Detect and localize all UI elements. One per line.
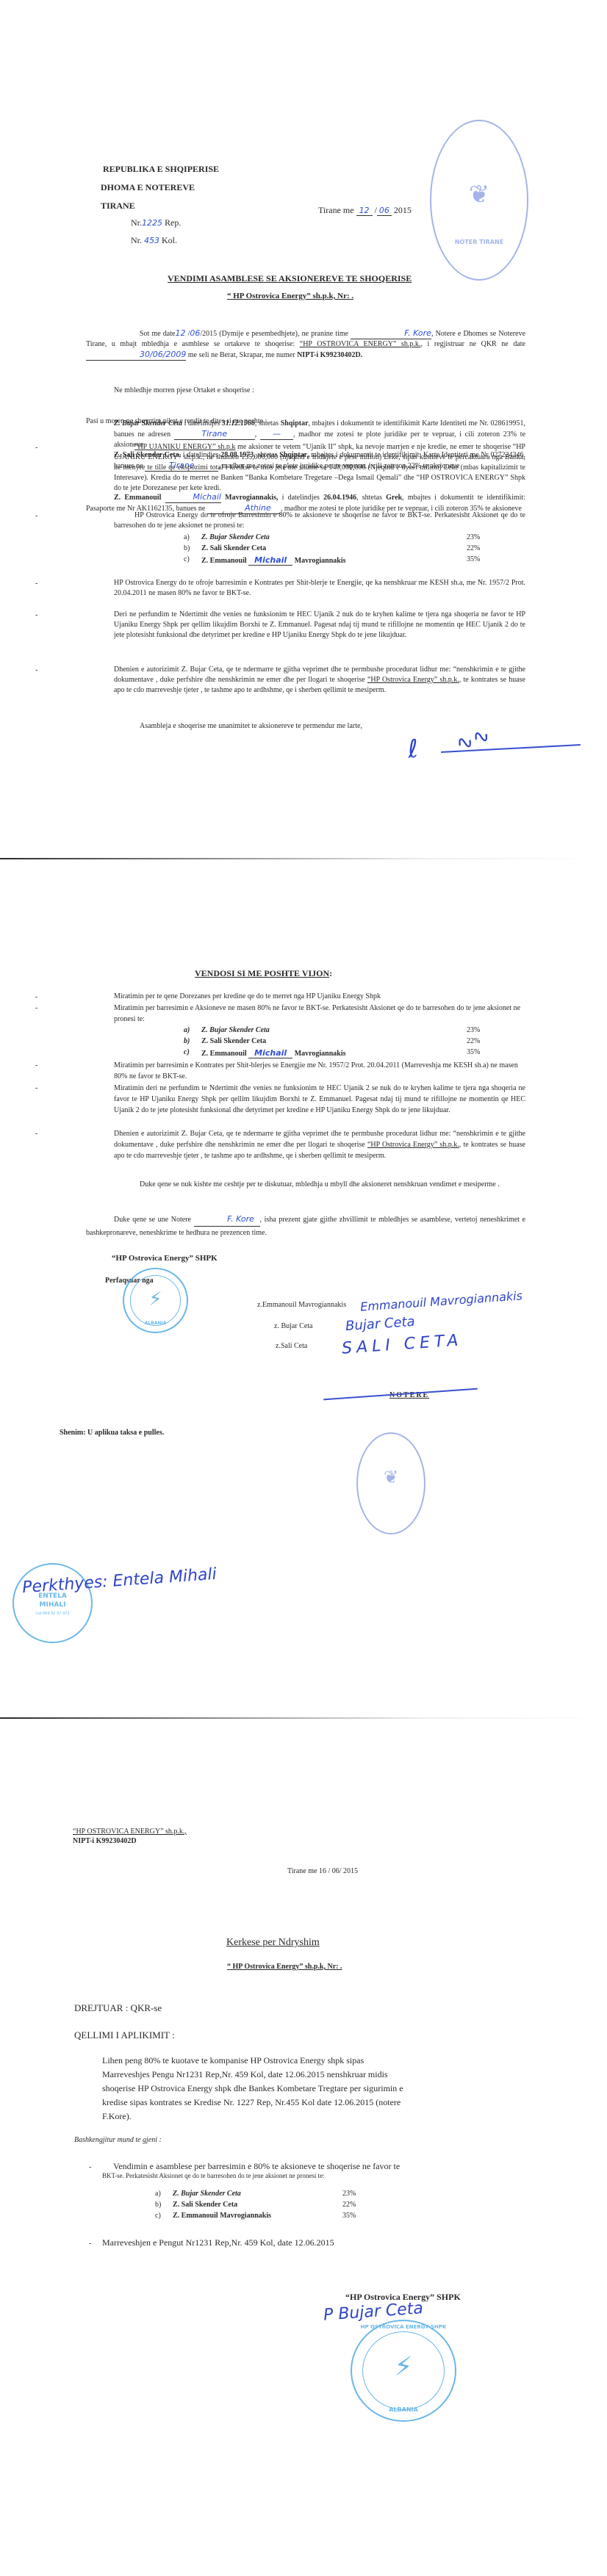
share-label: b) — [155, 2201, 161, 2209]
intro-text: me seli ne Berat, Skrapar, me numer — [188, 351, 295, 359]
participant-text: i datelindjes — [278, 494, 323, 502]
kol-value: 453 — [144, 236, 159, 245]
agenda-item-1: “HP UJANIKU ENERGY” sh.p.k me aksioner t… — [114, 442, 525, 494]
decision-4: Miratimin deri ne perfundim te Ndertimit… — [114, 1083, 525, 1116]
participant-text: , shtetas — [356, 494, 386, 502]
company-name: “HP OSTROVICA ENERGY” sh.p.k. — [300, 340, 421, 348]
addressed-to: DREJTUAR : QKR-se — [74, 2002, 162, 2014]
intro-day: 12 — [175, 328, 185, 338]
share-percent: 22% — [467, 1037, 480, 1045]
signature-emmanouil: Emmanouil Mavrogiannakis — [360, 1288, 523, 1313]
participants-intro: Ne mbledhje morren pjese Ortaket e shoqe… — [114, 386, 254, 394]
purpose-label: QELLIMI I APLIKIMIT : — [74, 2030, 175, 2041]
company-name: “HP Ostrovica Energy” sh.p.k. — [367, 1141, 459, 1149]
share-percent: 35% — [342, 2212, 356, 2220]
company-signature-label: “HP Ostrovica Energy” SHPK — [112, 1254, 218, 1263]
participant-dob: 26.04.1946 — [323, 494, 356, 502]
request-title: Kerkese per Ndryshim — [226, 1937, 320, 1949]
bullet: - — [35, 611, 37, 619]
header-republic: REPUBLIKA E SHQIPERISE — [103, 164, 219, 175]
share-row: c) Z. Emmanouil Mavrogiannakis 35% — [155, 2212, 464, 2221]
share-row: a) Z. Bujar Skender Ceta 23% — [155, 2190, 464, 2199]
participant-name: Mavrogiannakis, — [225, 494, 278, 502]
rep-number: Nr.1225 Rep. — [131, 217, 181, 228]
notary-name: F. Kore — [194, 1213, 260, 1227]
stamp-text: HP OSTROVICA ENERGY SHPK — [352, 2324, 455, 2330]
decision-1: Miratimin per te qene Dorezanes per kred… — [114, 992, 525, 1002]
shareholder-name: Z. Bujar Skender Ceta — [173, 2190, 241, 2198]
signature-scribble: ℓ — [407, 735, 420, 765]
notary-stamp: ❦ — [356, 1432, 425, 1534]
date-prefix: Tirane me — [318, 205, 354, 215]
decision-3: Miratimin per barresimin e Kontrates per… — [114, 1060, 525, 1082]
closing-2: Duke qene se une Notere F. Kore, isha pr… — [86, 1213, 525, 1240]
attached-text: BKT-se. Perkatesisht Aksionet qe do te b… — [102, 2172, 425, 2179]
header-chamber: DHOMA E NOTEREVE — [101, 182, 195, 193]
attached-item-2: Marreveshjen e Pengut Nr1231 Rep,Nr. 459… — [102, 2237, 334, 2248]
company-name: “HP OSTROVICA ENERGY” sh.p.k., — [73, 1828, 187, 1836]
bullet: - — [89, 2240, 91, 2248]
decision-5: Dhenien e autorizimit Z. Bujar Ceta, qe … — [114, 1128, 525, 1161]
bullet: - — [35, 993, 37, 1001]
name-part: Mavrogiannakis — [295, 557, 346, 565]
attached-item-1: Vendimin e asamblese per barresimin e 80… — [102, 2161, 425, 2179]
decisions-title: VENDOSI SI ME POSHTE VIJON: — [195, 968, 332, 979]
signatory-label: z.Sali Ceta — [276, 1342, 307, 1350]
decision-2: Miratimin per barresimin e Aksioneve ne … — [114, 1003, 525, 1025]
signature-sali: SALI CETA — [341, 1331, 463, 1357]
share-row: b) Z. Sali Skender Ceta 22% — [184, 544, 507, 554]
share-percent: 23% — [467, 1026, 480, 1034]
stamp-text: Cel.069 32 97 972 — [14, 1612, 91, 1616]
bullet: - — [35, 1130, 37, 1138]
agenda-item-3: HP Ostrovica Energy do te ofroje barresi… — [114, 578, 525, 599]
share-row: a) Z. Bujar Skender Ceta 23% — [184, 1026, 507, 1036]
notary-stamp: ❦ NOTER TIRANE — [430, 120, 528, 281]
page-subtitle: “ HP Ostrovica Energy” sh.p.k, Nr: . — [227, 292, 353, 300]
share-row: a) Z. Bujar Skender Ceta 23% — [184, 533, 507, 543]
intro-text: , i regjistruar ne QKR ne date — [420, 340, 525, 348]
shareholder-name: Z. Emmanouil Michail Mavrogiannakis — [201, 555, 346, 566]
stamp-eagle-icon: ❦ — [431, 180, 527, 209]
share-label: b) — [184, 1037, 190, 1045]
shareholder-name: Z. Emmanouil Mavrogiannakis — [173, 2212, 271, 2220]
page-title: VENDIMI ASAMBLESE SE AKSIONEREVE TE SHOQ… — [168, 273, 412, 284]
agenda-intro: Pasi u moren ne shqyrtim pikat e rendit … — [86, 417, 267, 425]
bullet: - — [35, 444, 37, 452]
signatory-label: z.Emmanouil Mavrogiannakis — [257, 1301, 346, 1309]
share-percent: 22% — [342, 2201, 356, 2209]
kol-number: Nr. 453 Kol. — [131, 235, 177, 246]
signature-bujar: Bujar Ceta — [345, 1314, 415, 1335]
stamp-text: ALBANIA — [352, 2406, 455, 2413]
attached-label: Bashkengjitur mund te gjeni : — [74, 2136, 162, 2144]
request-date: Tirane me 16 / 06/ 2015 — [287, 1867, 358, 1875]
kol-suffix: Kol. — [162, 235, 177, 245]
closing-1: Duke qene se nuk kishte me ceshtje per t… — [86, 1178, 525, 1191]
intro-paragraph: Sot me date12 /06/2015 (Dymije e pesembe… — [86, 328, 525, 361]
shareholder-name: Z. Bujar Skender Ceta — [201, 533, 270, 541]
company-stamp: ⚡ ALBANIA — [123, 1268, 188, 1333]
share-label: a) — [184, 533, 190, 541]
bullet: - — [35, 1061, 37, 1069]
company-stamp: HP OSTROVICA ENERGY SHPK ⚡ ALBANIA — [351, 2320, 456, 2422]
date-day: 12 — [356, 206, 373, 216]
purpose-text: Lihen peng 80% te kuotave te kompanise H… — [102, 2054, 411, 2124]
rep-value: 1225 — [142, 218, 162, 228]
middle-name: Michail — [248, 1048, 292, 1058]
stamp-text: ALBANIA — [124, 1321, 187, 1326]
page-divider — [0, 1717, 607, 1719]
notary-name: F. Kore — [351, 328, 431, 339]
decisions-title-colon: : — [329, 968, 332, 978]
name-part: Mavrogiannakis — [295, 1050, 346, 1058]
intro-month: 06 — [190, 328, 200, 338]
kol-prefix: Nr. — [131, 235, 142, 245]
share-label: c) — [184, 555, 190, 563]
share-label: a) — [155, 2190, 161, 2198]
participant-nationality: Grek — [386, 494, 402, 502]
share-row: b) Z. Sali Skender Ceta 22% — [155, 2201, 464, 2210]
registration-date: 30/06/2009 — [86, 350, 186, 361]
share-label: c) — [184, 1048, 190, 1056]
attached-text: Vendimin e asamblese per barresimin e 80… — [102, 2161, 425, 2172]
lightning-icon: ⚡ — [124, 1288, 187, 1310]
share-percent: 35% — [467, 555, 480, 563]
participant-nationality: Shqiptar — [281, 419, 309, 427]
name-part: Z. Emmanouil — [201, 557, 247, 565]
bullet: - — [35, 512, 37, 520]
stamp-text: MIHALI — [14, 1601, 91, 1609]
shareholder-name: Z. Sali Skender Ceta — [173, 2201, 237, 2209]
bullet: - — [35, 1004, 37, 1012]
decisions-title-text: VENDOSI SI ME POSHTE VIJON — [195, 968, 329, 978]
company-name: “HP UJANIKU ENERGY” sh.p.k — [134, 443, 235, 451]
participant-address: Tirane — [174, 429, 255, 440]
participant-address-2: — — [260, 429, 293, 440]
participant-middle-name: Michail — [165, 492, 221, 503]
agenda-item-2: HP Ostrovica Energy do te ofroje Barresi… — [114, 510, 525, 531]
share-percent: 23% — [342, 2190, 356, 2198]
shareholder-name: Z. Bujar Skender Ceta — [201, 1026, 270, 1034]
share-row: c) Z. Emmanouil Michail Mavrogiannakis 3… — [184, 1048, 507, 1058]
date-month: 06 — [377, 206, 392, 216]
share-row: b) Z. Sali Skender Ceta 22% — [184, 1037, 507, 1047]
signatory-label: z. Bujar Ceta — [274, 1322, 312, 1330]
stamp-eagle-icon: ❦ — [358, 1467, 424, 1487]
agenda-item-4: Deri ne perfundim te Ndertimit dhe venie… — [114, 610, 525, 641]
participant-name: Z. Emmanouil — [114, 494, 161, 502]
share-percent: 35% — [467, 1048, 480, 1056]
agenda-item-5: Dhenien e autorizimit Z. Bujar Ceta, qe … — [114, 665, 525, 696]
share-label: c) — [155, 2212, 161, 2220]
lightning-icon: ⚡ — [352, 2352, 455, 2382]
request-subtitle: “ HP Ostrovica Energy” sh.p.k, Nr: . — [227, 1963, 342, 1971]
nipt: NIPT-i K99230402D. — [297, 351, 362, 359]
share-percent: 23% — [467, 533, 480, 541]
shareholder-name: Z. Sali Skender Ceta — [201, 544, 266, 552]
bullet: - — [35, 1084, 37, 1092]
bullet: - — [35, 666, 37, 674]
closing-text: Duke qene se une Notere — [114, 1216, 191, 1224]
date-year: 2015 — [394, 205, 412, 215]
bullet: - — [89, 2163, 91, 2171]
middle-name: Michail — [248, 555, 292, 566]
closing-statement: Asambleja e shoqerise me unanimitet te a… — [140, 722, 362, 730]
page-divider — [0, 858, 607, 859]
shareholder-name: Z. Emmanouil Michail Mavrogiannakis — [201, 1048, 346, 1058]
intro-text: Sot me date — [140, 330, 175, 338]
share-percent: 22% — [467, 544, 480, 552]
rep-prefix: Nr. — [131, 217, 142, 228]
header-city: TIRANE — [101, 201, 135, 212]
intro-text: /2015 (Dymije e pesembedhjete), ne prani… — [200, 330, 348, 338]
stamp-text: NOTER TIRANE — [431, 239, 527, 245]
share-row: c) Z. Emmanouil Michail Mavrogiannakis 3… — [184, 555, 507, 565]
share-label: a) — [184, 1026, 190, 1034]
company-name: “HP Ostrovica Energy” sh.p.k. — [367, 676, 459, 684]
shareholder-name: Z. Sali Skender Ceta — [201, 1037, 266, 1045]
stamp-duty-note: Shenim: U aplikua taksa e pulles. — [60, 1429, 164, 1437]
share-label: b) — [184, 544, 190, 552]
name-part: Z. Emmanouil — [201, 1050, 247, 1058]
bullet: - — [35, 580, 37, 588]
nipt: NIPT-i K99230402D — [73, 1837, 137, 1845]
rep-suffix: Rep. — [165, 217, 181, 228]
header-date: Tirane me 12 /06 2015 — [318, 205, 412, 216]
